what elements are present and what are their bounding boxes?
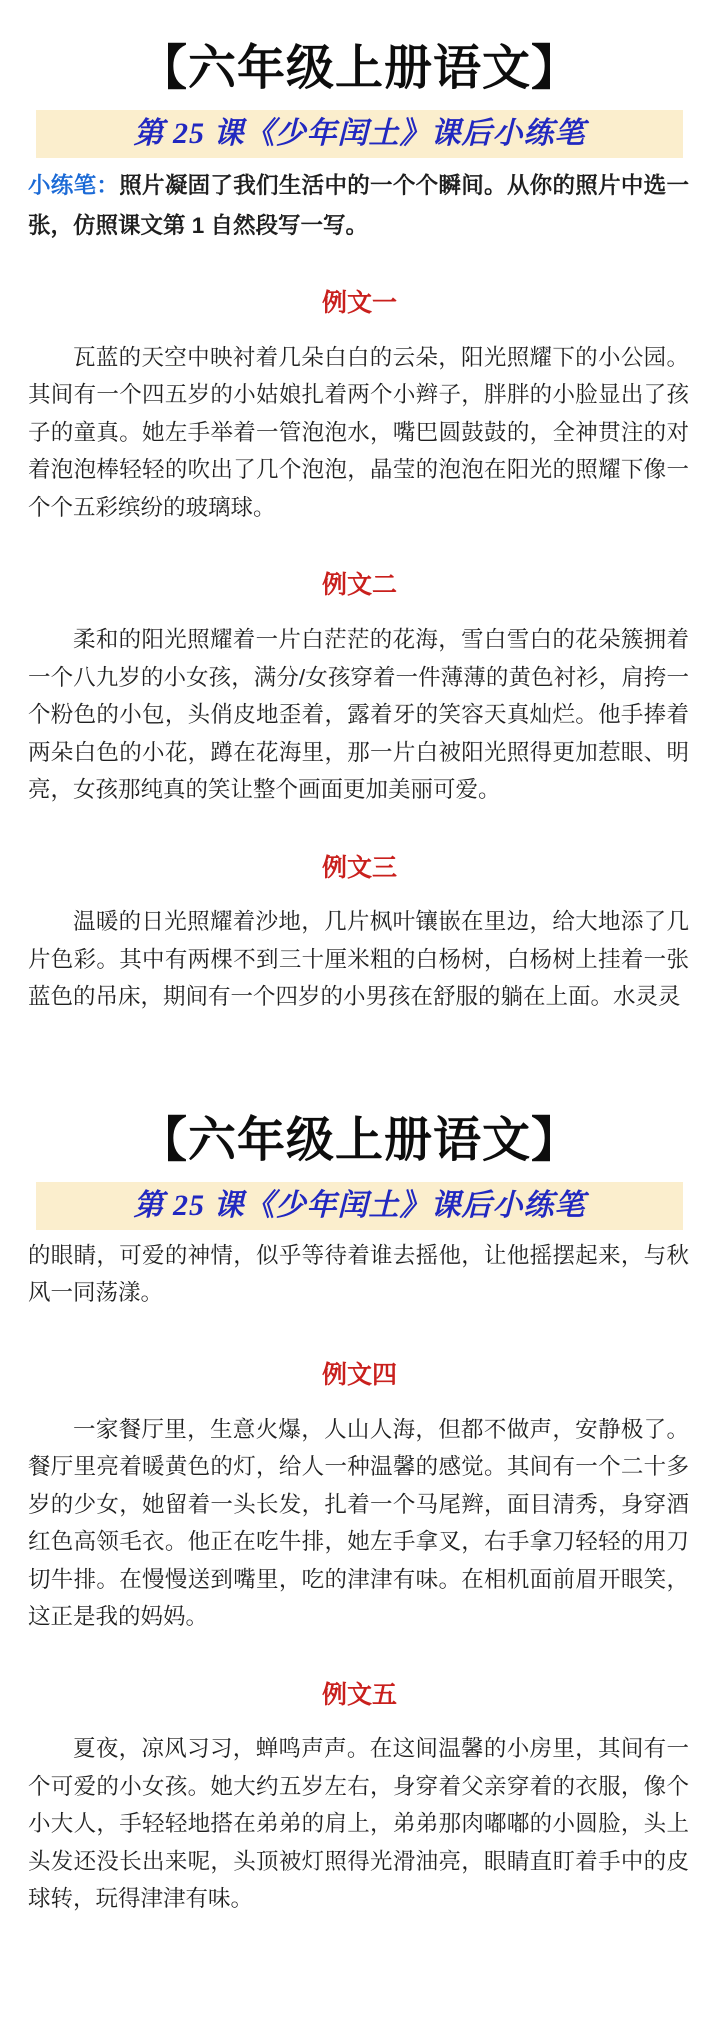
section-body-example-1: 瓦蓝的天空中映衬着几朵白白的云朵，阳光照耀下的小公园。其间有一个四五岁的小姑娘扎… (28, 339, 689, 527)
section-heading-example-5: 例文五 (0, 1680, 719, 1710)
assignment-intro-text: 照片凝固了我们生活中的一个个瞬间。从你的照片中选一张，仿照课文第 1 自然段写一… (28, 173, 689, 238)
page-title-repeat: 【六年级上册语文】 (20, 1016, 699, 1172)
assignment-intro: 小练笔：照片凝固了我们生活中的一个个瞬间。从你的照片中选一张，仿照课文第 1 自… (28, 166, 689, 246)
section-body-example-5: 夏夜，凉风习习，蝉鸣声声。在这间温馨的小房里，其间有一个可爱的小女孩。她大约五岁… (28, 1730, 689, 1918)
lesson-subtitle-banner: 第 25 课《少年闰土》课后小练笔 (36, 110, 683, 158)
section-body-example-4: 一家餐厅里，生意火爆，人山人海，但都不做声，安静极了。餐厅里亮着暖黄色的灯，给人… (28, 1411, 689, 1636)
worksheet-document: 【六年级上册语文】 第 25 课《少年闰土》课后小练笔 小练笔：照片凝固了我们生… (0, 0, 719, 2036)
section-heading-example-3: 例文三 (0, 853, 719, 883)
section-heading-example-2: 例文二 (0, 570, 719, 600)
assignment-intro-label: 小练笔： (28, 173, 119, 198)
section-body-example-2: 柔和的阳光照耀着一片白茫茫的花海，雪白雪白的花朵簇拥着一个八九岁的小女孩，满分/… (28, 621, 689, 809)
section-heading-example-1: 例文一 (0, 288, 719, 318)
section-body-example-3: 温暖的日光照耀着沙地，几片枫叶镶嵌在里边，给大地添了几片色彩。其中有两棵不到三十… (28, 903, 689, 1016)
section-heading-example-4: 例文四 (0, 1360, 719, 1390)
page-title: 【六年级上册语文】 (20, 0, 699, 100)
lesson-subtitle-banner-repeat: 第 25 课《少年闰土》课后小练笔 (36, 1182, 683, 1230)
example-3-continuation-text: 的眼睛，可爱的神情，似乎等待着谁去摇他，让他摇摆起来，与秋风一同荡漾。 (28, 1237, 689, 1312)
